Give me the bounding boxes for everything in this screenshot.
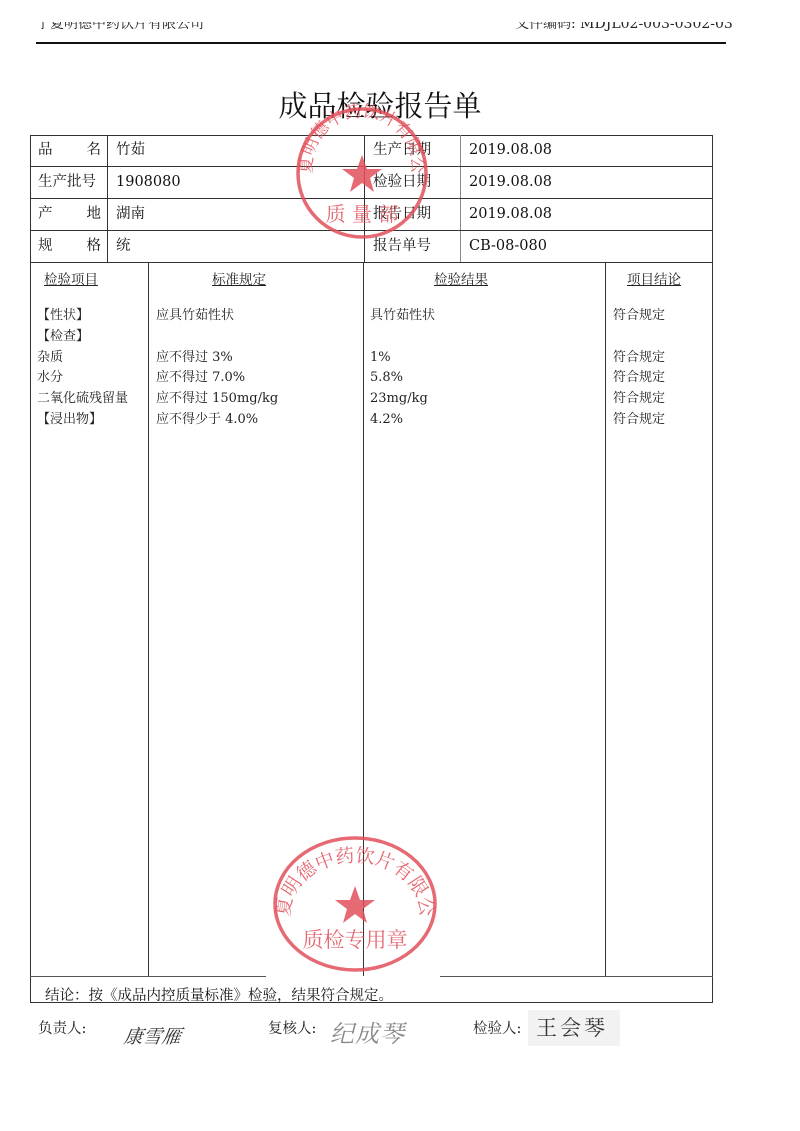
inspection-date-value: 2019.08.08 <box>461 167 713 198</box>
responsible-label: 负责人: <box>38 1017 86 1038</box>
page-title: 成品检验报告单 <box>0 84 760 125</box>
info-row-product-name: 品名 竹茹 生产日期 2019.08.08 <box>30 135 713 167</box>
inspection-date-label: 检验日期 <box>364 167 461 198</box>
spec-value: 统 <box>108 231 364 262</box>
origin-label: 产地 <box>30 199 108 230</box>
standards-column: 应具竹茹性状 应不得过 3% 应不得过 7.0% 应不得过 150mg/kg 应… <box>156 306 278 431</box>
responsible-signature: 康雪雁 <box>122 1022 183 1049</box>
test-items-column: 【性状】 【检查】 杂质 水分 二氧化硫残留量 【浸出物】 <box>37 306 128 431</box>
info-row-spec: 规格 统 报告单号 CB-08-080 <box>30 231 713 263</box>
inspector-label: 检验人: <box>473 1017 521 1038</box>
conclusions-column: 符合规定 符合规定 符合规定 符合规定 符合规定 <box>613 306 665 431</box>
spec-label: 规格 <box>30 231 108 262</box>
inspector-signature: 王会琴 <box>528 1010 620 1046</box>
report-frame <box>30 135 713 1003</box>
conclusion-divider <box>440 976 713 977</box>
header-standard: 标准规定 <box>212 268 266 288</box>
production-date-label: 生产日期 <box>364 135 461 166</box>
batch-no-value: 1908080 <box>108 167 364 198</box>
results-column: 具竹茹性状 1% 5.8% 23mg/kg 4.2% <box>370 306 435 431</box>
company-header: 宁夏明德中药饮片有限公司 <box>36 22 204 34</box>
header-conclusion: 项目结论 <box>627 268 681 288</box>
report-date-value: 2019.08.08 <box>461 199 713 230</box>
info-row-batch: 生产批号 1908080 检验日期 2019.08.08 <box>30 167 713 199</box>
header-test-item: 检验项目 <box>44 268 98 288</box>
column-divider <box>605 263 606 976</box>
column-divider <box>148 263 149 976</box>
header-divider <box>36 42 726 44</box>
conclusion-text: 结论：按《成品内控质量标准》检验，结果符合规定。 <box>45 984 393 1005</box>
product-name-value: 竹茹 <box>108 135 364 166</box>
batch-no-label: 生产批号 <box>30 167 108 198</box>
report-date-label: 报告日期 <box>364 199 461 230</box>
header-result: 检验结果 <box>434 268 488 288</box>
reviewer-label: 复核人: <box>268 1017 316 1038</box>
column-divider <box>363 263 364 976</box>
info-row-origin: 产地 湖南 报告日期 2019.08.08 <box>30 199 713 231</box>
origin-value: 湖南 <box>108 199 364 230</box>
report-no-value: CB-08-080 <box>461 231 713 262</box>
production-date-value: 2019.08.08 <box>461 135 713 166</box>
report-no-label: 报告单号 <box>364 231 461 262</box>
reviewer-signature: 纪成琴 <box>330 1014 405 1049</box>
product-name-label: 品名 <box>30 135 108 166</box>
conclusion-divider <box>30 976 266 977</box>
document-code: 文件编码: MDJL02-003-0302-03 <box>515 22 733 34</box>
